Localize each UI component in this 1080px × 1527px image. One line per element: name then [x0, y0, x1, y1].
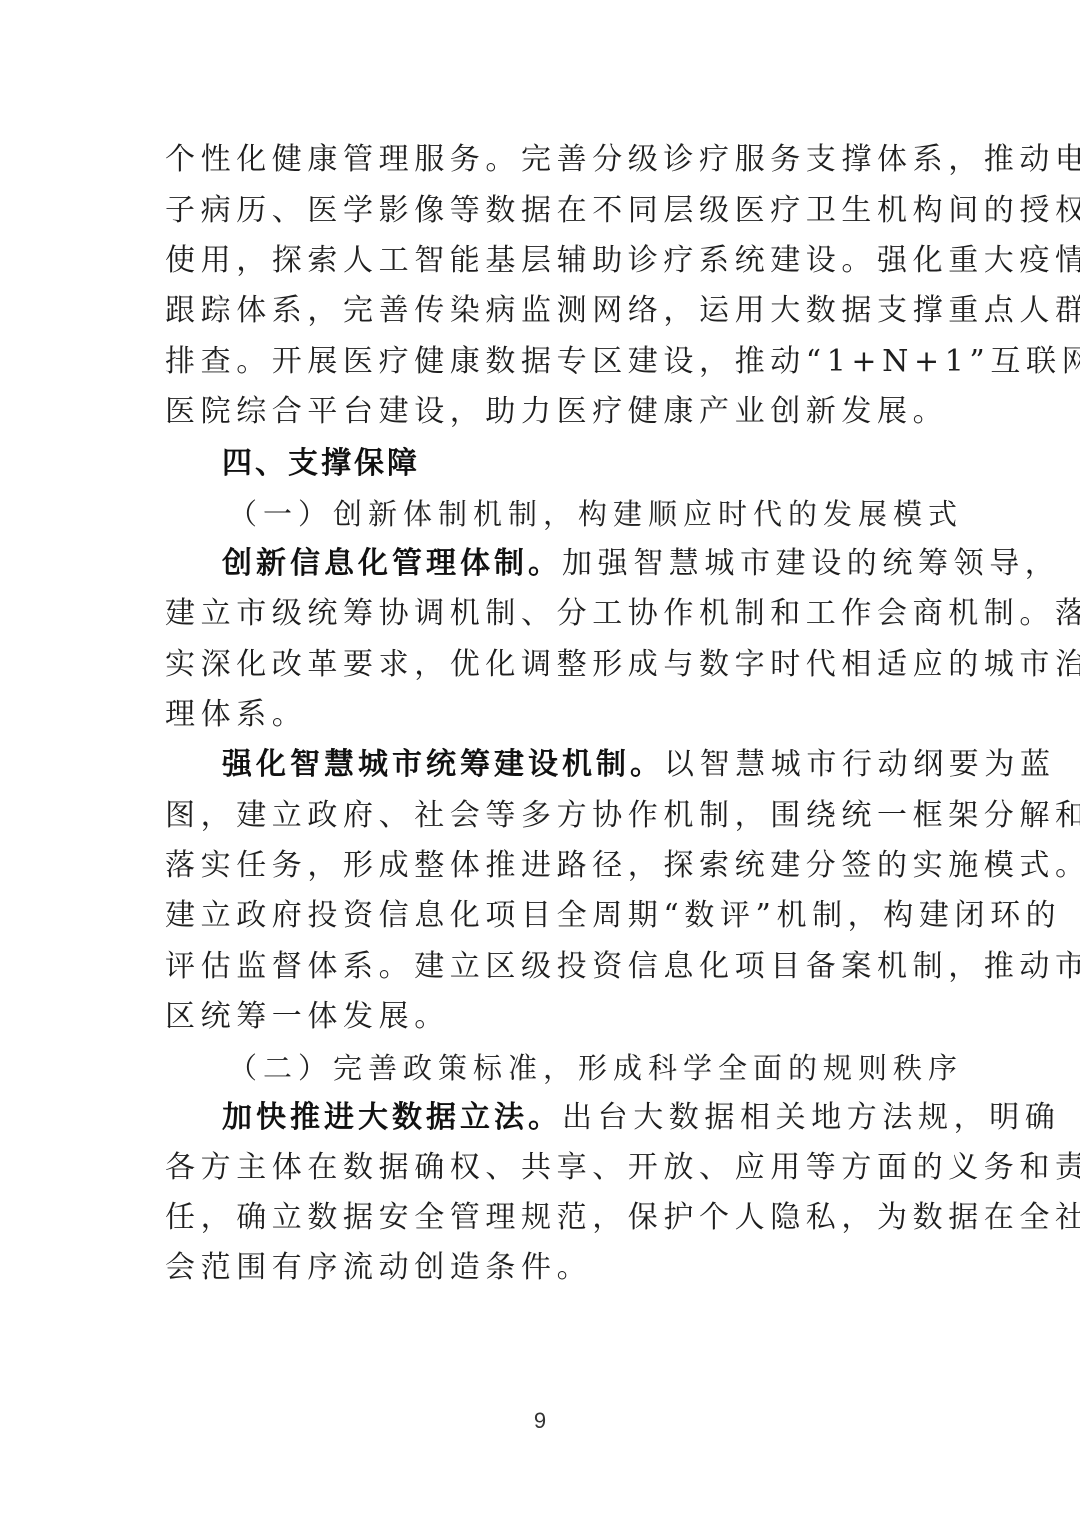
body-text-line: 各方主体在数据确权、共享、开放、应用等方面的义务和责	[165, 1150, 917, 1186]
body-text-line: 实深化改革要求，优化调整形成与数字时代相适应的城市治	[165, 647, 917, 683]
body-text-line: 排查。开展医疗健康数据专区建设，推动“1+N+1”互联网	[165, 344, 917, 380]
body-text-line: 建立市级统筹协调机制、分工协作机制和工作会商机制。落	[165, 596, 917, 632]
body-text-line: 落实任务，形成整体推进路径，探索统建分签的实施模式。	[165, 848, 917, 884]
document-page: 个性化健康管理服务。完善分级诊疗服务支撑体系，推动电 子病历、医学影像等数据在不…	[0, 0, 1080, 1527]
section-heading: 四、支撑保障	[222, 446, 420, 482]
paragraph-first-line: 创新信息化管理体制。加强智慧城市建设的统筹领导，	[222, 546, 917, 582]
paragraph-first-line: 加快推进大数据立法。出台大数据相关地方法规，明确	[222, 1100, 917, 1136]
bold-lead-phrase: 创新信息化管理体制。	[222, 546, 562, 581]
paragraph-text: 加强智慧城市建设的统筹领导，	[562, 546, 1060, 581]
body-text-line: 个性化健康管理服务。完善分级诊疗服务支撑体系，推动电	[165, 142, 917, 178]
body-text-line: 子病历、医学影像等数据在不同层级医疗卫生机构间的授权	[165, 193, 917, 229]
body-text-line: 会范围有序流动创造条件。	[165, 1250, 917, 1286]
body-text-line: 使用，探索人工智能基层辅助诊疗系统建设。强化重大疫情	[165, 243, 917, 279]
body-text-line: 建立政府投资信息化项目全周期“数评”机制，构建闭环的	[165, 898, 917, 934]
body-text-line: 任，确立数据安全管理规范，保护个人隐私，为数据在全社	[165, 1200, 917, 1236]
body-text-line: 评估监督体系。建立区级投资信息化项目备案机制，推动市	[165, 949, 917, 985]
body-text-line: 跟踪体系，完善传染病监测网络，运用大数据支撑重点人群	[165, 293, 917, 329]
page-number: 9	[0, 1408, 1080, 1434]
paragraph-text: 出台大数据相关地方法规，明确	[562, 1100, 1060, 1135]
body-text-line: 理体系。	[165, 697, 917, 733]
paragraph-first-line: 强化智慧城市统筹建设机制。以智慧城市行动纲要为蓝	[222, 747, 917, 783]
subsection-heading: （一）创新体制机制，构建顺应时代的发展模式	[228, 496, 963, 532]
body-text-line: 图，建立政府、社会等多方协作机制，围绕统一框架分解和	[165, 798, 917, 834]
body-text-line: 医院综合平台建设，助力医疗健康产业创新发展。	[165, 394, 917, 430]
bold-lead-phrase: 加快推进大数据立法。	[222, 1100, 562, 1135]
body-text-line: 区统筹一体发展。	[165, 999, 917, 1035]
paragraph-text: 以智慧城市行动纲要为蓝	[664, 747, 1056, 782]
subsection-heading: （二）完善政策标准，形成科学全面的规则秩序	[228, 1050, 963, 1086]
bold-lead-phrase: 强化智慧城市统筹建设机制。	[222, 747, 664, 782]
